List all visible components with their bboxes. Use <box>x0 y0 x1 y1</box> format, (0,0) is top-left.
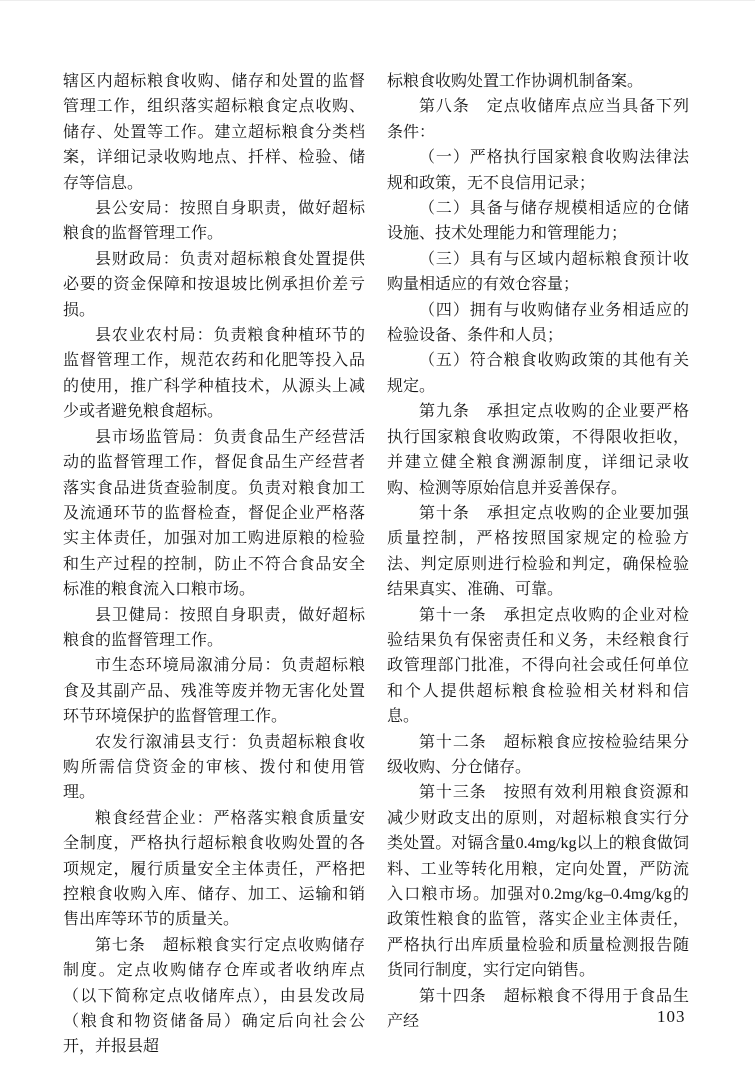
para-county-health-bureau: 县卫健局：按照自身职责，做好超标粮食的监督管理工作。 <box>63 603 365 654</box>
para-grain-enterprises: 粮食经营企业：严格落实粮食质量安全制度，严格执行超标粮食收购处置的各项规定，履行… <box>63 806 365 933</box>
para-article-13: 第十三条 按照有效利用粮食资源和减少财政支出的原则，对超标粮食实行分类处置。对镉… <box>387 780 689 983</box>
para-county-agriculture-rural-bureau: 县农业农村局：负责粮食种植环节的监督管理工作，规范农药和化肥等投入品的使用，推广… <box>63 323 365 425</box>
para-article-8-item-3: （三）具有与区域内超标粮食预计收购量相适应的有效仓容量； <box>387 247 689 298</box>
para-article-8-item-2: （二）具备与储存规模相适应的仓储设施、技术处理能力和管理能力； <box>387 196 689 247</box>
para-article-12: 第十二条 超标粮食应按检验结果分级收购、分仓储存。 <box>387 730 689 781</box>
para-article-9: 第九条 承担定点收购的企业要严格执行国家粮食收购政策，不得限收拒收，并建立健全粮… <box>387 399 689 501</box>
para-article-8-item-1: （一）严格执行国家粮食收购法律法规和政策，无不良信用记录； <box>387 145 689 196</box>
para-article-8: 第八条 定点收储库点应当具备下列条件： <box>387 94 689 145</box>
para-agricultural-development-bank: 农发行溆浦县支行：负责超标粮食收购所需信贷资金的审核、拨付和使用管理。 <box>63 730 365 806</box>
document-page: 辖区内超标粮食收购、储存和处置的监督管理工作，组织落实超标粮食定点收购、储存、处… <box>0 0 755 1078</box>
para-article-14: 第十四条 超标粮食不得用于食品生产经 <box>387 984 689 1035</box>
right-column: 标粮食收购处置工作协调机制备案。 第八条 定点收储库点应当具备下列条件： （一）… <box>387 69 689 1060</box>
para-city-ecology-environment-branch: 市生态环境局溆浦分局：负责超标粮食及其副产品、残准等废并物无害化处置环节环境保护… <box>63 653 365 729</box>
left-column: 辖区内超标粮食收购、储存和处置的监督管理工作，组织落实超标粮食定点收购、储存、处… <box>63 69 365 1060</box>
para-county-finance-bureau: 县财政局：负责对超标粮食处置提供必要的资金保障和按退坡比例承担价差亏损。 <box>63 247 365 323</box>
para-county-market-regulation-bureau: 县市场监管局：负责食品生产经营活动的监督管理工作，督促食品生产经营者落实食品进货… <box>63 425 365 603</box>
para-article-8-item-4: （四）拥有与收购储存业务相适应的检验设备、条件和人员； <box>387 298 689 349</box>
para-county-public-security-bureau: 县公安局：按照自身职责，做好超标粮食的监督管理工作。 <box>63 196 365 247</box>
para-jurisdiction-duties-continuation: 辖区内超标粮食收购、储存和处置的监督管理工作，组织落实超标粮食定点收购、储存、处… <box>63 69 365 196</box>
para-article-8-item-5: （五）符合粮食收购政策的其他有关规定。 <box>387 348 689 399</box>
para-article-7-continuation: 标粮食收购处置工作协调机制备案。 <box>387 69 689 94</box>
para-article-10: 第十条 承担定点收购的企业要加强质量控制，严格按照国家规定的检验方法、判定原则进… <box>387 501 689 603</box>
page-number: 103 <box>657 1007 686 1027</box>
para-article-11: 第十一条 承担定点收购的企业对检验结果负有保密责任和义务，未经粮食行政管理部门批… <box>387 603 689 730</box>
para-article-7: 第七条 超标粮食实行定点收购储存制度。定点收购储存仓库或者收纳库点（以下简称定点… <box>63 933 365 1060</box>
two-column-text-layout: 辖区内超标粮食收购、储存和处置的监督管理工作，组织落实超标粮食定点收购、储存、处… <box>63 69 689 1060</box>
